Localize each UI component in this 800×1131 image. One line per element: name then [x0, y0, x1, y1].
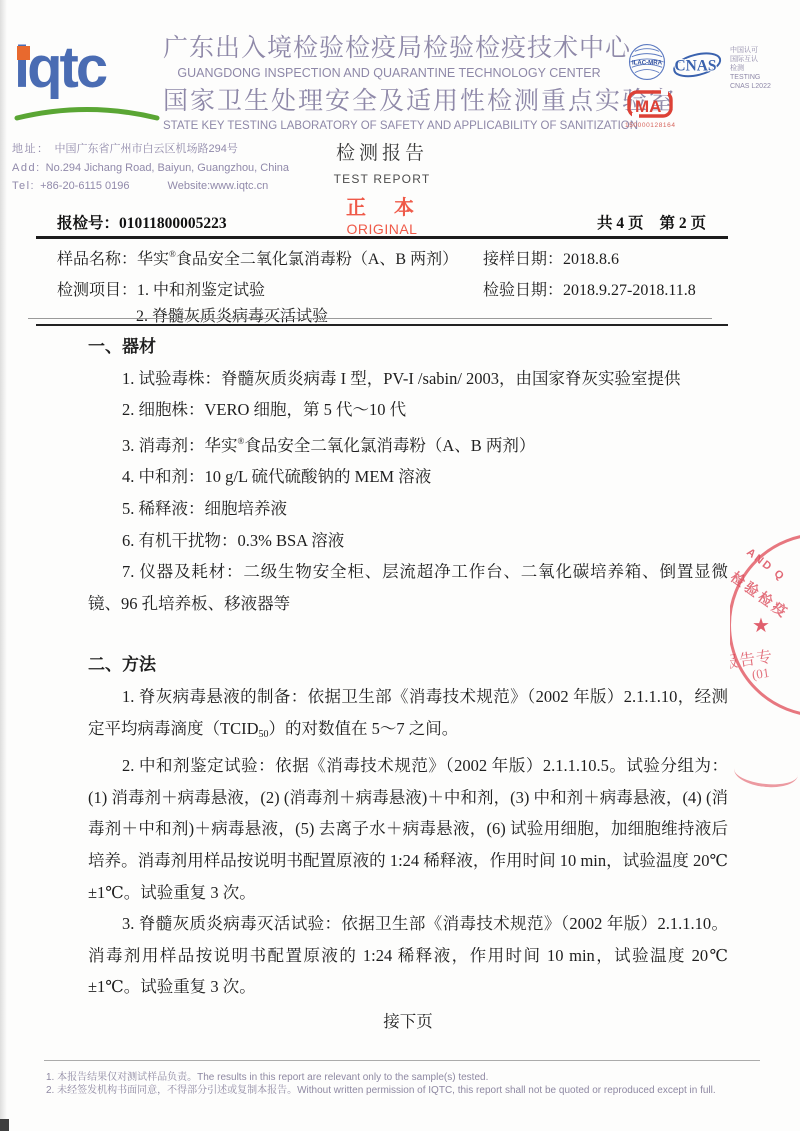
address-cn: 中国广东省广州市白云区机场路294号 — [55, 143, 238, 155]
continued-next-page: 接下页 — [88, 1006, 728, 1038]
equipment-item3-pre: 3. 消毒剂：华实 — [122, 436, 238, 455]
iqtc-logo-orange-dot — [17, 46, 30, 60]
report-number-row: 报检号：01011800005223 — [57, 211, 227, 233]
page-current: 第 2 页 — [660, 215, 707, 232]
seal-number-text: (01 — [751, 665, 770, 683]
scan-corner-mark — [0, 1119, 9, 1131]
report-number: 01011800005223 — [119, 215, 227, 232]
scan-edge-shadow — [0, 0, 7, 1131]
receive-date-label: 接样日期： — [483, 251, 563, 268]
cnas-label: CNAS — [674, 58, 716, 75]
seal-arc-text-en: AND Q — [744, 546, 787, 583]
cma-certificate-number: 150000128164 — [625, 122, 676, 129]
test-items-label: 检测项目： — [57, 282, 137, 299]
tel-label: Tel: — [12, 180, 35, 192]
cnas-text-line: 国际互认 — [730, 55, 771, 64]
accreditation-marks: ILAC-MRA CNAS 中国认可 国际互认 检测 TESTING CNAS … — [612, 36, 800, 136]
sample-name-row: 样品名称：华实®食品安全二氧化氯消毒粉（A、B 两剂） — [57, 246, 458, 269]
method-p1-post: ）的对数值在 5～7 之间。 — [269, 719, 459, 738]
address-cn-label: 地址： — [12, 143, 50, 155]
test-items-row: 检测项目：1. 中和剂鉴定试验 — [57, 277, 265, 300]
cnas-text-line: TESTING — [730, 73, 771, 82]
copy-type-cn: 正 本 — [306, 191, 458, 220]
ilac-mra-label: ILAC-MRA — [632, 59, 663, 66]
sample-divider-rule-shadow — [28, 318, 712, 319]
tel-row: Tel:+86-20-6115 0196Website:www.iqtc.cn — [12, 177, 289, 196]
test-item-2-row: 2. 脊髓灰质炎病毒灭活试验 — [136, 303, 328, 326]
equipment-item: 6. 有机干扰物：0.3% BSA 溶液 — [88, 525, 728, 557]
page-info: 共 4 页第 2 页 — [597, 211, 706, 233]
cnas-text-line: CNAS L2022 — [730, 82, 771, 91]
footer-note-2: 2. 未经签发机构书面同意，不得部分引述或复制本报告。Without writt… — [46, 1081, 716, 1096]
seal-star-icon: ★ — [752, 613, 770, 638]
report-title-block: 检测报告 TEST REPORT 正 本 ORIGINAL — [306, 138, 458, 237]
organization-titles: 广东出入境检验检疫局检验检疫技术中心 GUANGDONG INSPECTION … — [163, 32, 615, 134]
test-date: 2018.9.27-2018.11.8 — [563, 282, 696, 299]
contact-block: 地址：中国广东省广州市白云区机场路294号 Add:No.294 Jichang… — [12, 140, 289, 196]
test-date-row: 检验日期：2018.9.27-2018.11.8 — [483, 277, 696, 300]
header-divider-rule — [36, 236, 728, 239]
equipment-item: 5. 稀释液：细胞培养液 — [88, 493, 728, 525]
cma-icon: MA — [625, 88, 675, 120]
seal-lower-arc — [733, 754, 800, 791]
equipment-item: 7. 仪器及耗材：二级生物安全柜、层流超净工作台、二氧化碳培养箱、倒置显微镜、9… — [88, 556, 728, 619]
cnas-text-line: 检测 — [730, 64, 771, 73]
seal-arc-text-cn: 检验检疫 — [730, 567, 793, 623]
ilac-mra-icon: ILAC-MRA — [628, 43, 666, 81]
cnas-icon: CNAS — [672, 46, 724, 82]
receive-date-row: 接样日期：2018.8.6 — [483, 246, 619, 269]
sample-name-brand: 华实 — [137, 251, 169, 268]
org-name-en: GUANGDONG INSPECTION AND QUARANTINE TECH… — [163, 65, 615, 82]
equipment-item3-post: 食品安全二氧化氯消毒粉（A、B 两剂） — [244, 436, 535, 455]
report-title-en: TEST REPORT — [306, 172, 458, 186]
registered-mark-icon: ® — [169, 249, 176, 259]
copy-type-en: ORIGINAL — [306, 221, 458, 237]
equipment-item: 4. 中和剂：10 g/L 硫代硫酸钠的 MEM 溶液 — [88, 461, 728, 493]
iqtc-logo: iqtc — [14, 38, 162, 126]
cnas-text-line: 中国认可 — [730, 46, 771, 55]
method-paragraph-1: 1. 脊灰病毒悬液的制备：依据卫生部《消毒技术规范》（2002 年版）2.1.1… — [88, 681, 728, 750]
official-seal-stamp: AND Q 检验检疫 ★ 报告专 (01 — [730, 535, 800, 795]
report-number-label: 报检号： — [57, 215, 119, 232]
test-item-2: 2. 脊髓灰质炎病毒灭活试验 — [136, 308, 328, 325]
equipment-item: 2. 细胞株：VERO 细胞，第 5 代～10 代 — [88, 394, 728, 426]
address-en-label: Add: — [12, 162, 41, 174]
sample-name-label: 样品名称： — [57, 251, 137, 268]
org-name-cn: 广东出入境检验检疫局检验检疫技术中心 — [163, 32, 615, 65]
cma-label: MA — [635, 97, 661, 116]
section1-title: 一、器材 — [88, 331, 728, 363]
footer-divider-rule — [44, 1060, 760, 1061]
method-paragraph-3: 3. 脊髓灰质炎病毒灭活试验：依据卫生部《消毒技术规范》（2002 年版）2.1… — [88, 908, 728, 1003]
test-report-page: iqtc 广东出入境检验检疫局检验检疫技术中心 GUANGDONG INSPEC… — [0, 0, 800, 1131]
address-cn-row: 地址：中国广东省广州市白云区机场路294号 — [12, 140, 289, 159]
test-date-label: 检验日期： — [483, 282, 563, 299]
report-body: 一、器材 1. 试验毒株：脊髓灰质炎病毒 I 型，PV-I /sabin/ 20… — [88, 331, 728, 1037]
equipment-item: 1. 试验毒株：脊髓灰质炎病毒 I 型，PV-I /sabin/ 2003，由国… — [88, 363, 728, 395]
tel-number: +86-20-6115 0196 — [40, 180, 129, 192]
seal-circle — [730, 535, 800, 717]
sample-name-rest: 食品安全二氧化氯消毒粉（A、B 两剂） — [176, 251, 458, 268]
receive-date: 2018.8.6 — [563, 251, 619, 268]
test-item-1: 1. 中和剂鉴定试验 — [137, 282, 265, 299]
website: Website:www.iqtc.cn — [168, 180, 269, 192]
lab-name-cn: 国家卫生处理安全及适用性检测重点实验室 — [163, 84, 615, 119]
report-title-cn: 检测报告 — [306, 138, 458, 165]
lab-name-en: STATE KEY TESTING LABORATORY OF SAFETY A… — [163, 119, 615, 134]
pages-total: 共 4 页 — [597, 215, 644, 232]
address-en-row: Add:No.294 Jichang Road, Baiyun, Guangzh… — [12, 159, 289, 178]
cnas-accreditation-text: 中国认可 国际互认 检测 TESTING CNAS L2022 — [730, 46, 771, 91]
seal-center-text: 报告专 — [730, 644, 774, 674]
equipment-item: 3. 消毒剂：华实®食品安全二氧化氯消毒粉（A、B 两剂） — [88, 426, 728, 462]
method-paragraph-2: 2. 中和剂鉴定试验：依据《消毒技术规范》（2002 年版）2.1.1.10.5… — [88, 750, 728, 908]
tcid50-subscript: 50 — [259, 729, 269, 740]
section2-title: 二、方法 — [88, 649, 728, 681]
sample-divider-rule — [36, 324, 728, 326]
iqtc-logo-green-arc-icon — [14, 100, 160, 122]
address-en: No.294 Jichang Road, Baiyun, Guangzhou, … — [46, 162, 289, 174]
